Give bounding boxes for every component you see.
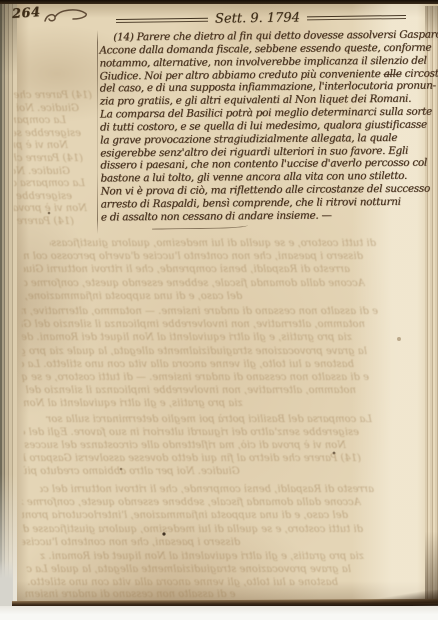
book-binding-gutter-shadow [0, 560, 13, 607]
header-rule-right [307, 15, 406, 21]
header-rule-left [116, 17, 208, 23]
ink-specks [0, 0, 2, 2]
manuscript-scan: (14) Parere che dietro al fin qui detto … [0, 0, 438, 620]
book-binding-gutter [0, 4, 17, 606]
manuscript-text-block: (14) Parere che dietro al fin qui detto … [99, 29, 437, 225]
scanner-background [0, 606, 438, 620]
folio-number-group: 264 [12, 7, 91, 26]
bottom-right-page-curl [343, 590, 438, 605]
folio-number: 264 [12, 6, 42, 22]
margin-rule [97, 30, 98, 234]
folio-flourish-icon [43, 8, 91, 26]
header-date: Sett. 9. 1794 [215, 10, 300, 27]
